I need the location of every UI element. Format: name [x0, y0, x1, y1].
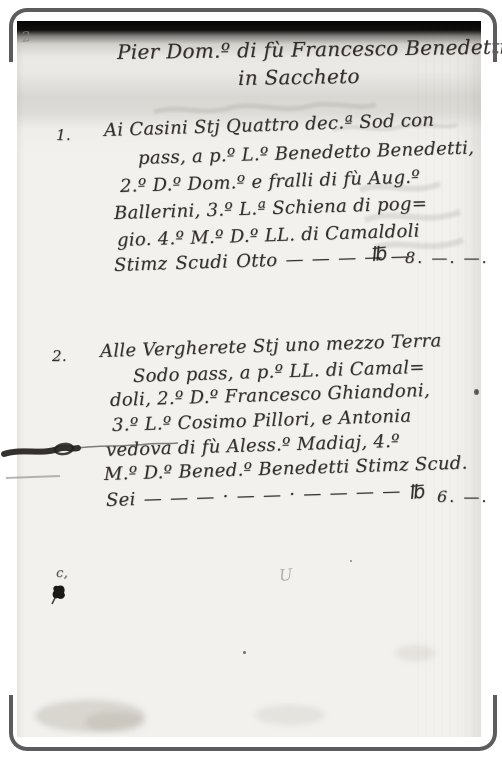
- amount-value: 6. —.: [437, 487, 488, 506]
- page-title-line2: in Saccheto: [238, 64, 360, 90]
- ink-speck: [474, 389, 479, 395]
- ink-blot: [50, 582, 70, 606]
- ink-speck: [243, 651, 246, 654]
- ink-speck: [350, 560, 352, 562]
- scan-frame-top: [9, 8, 497, 62]
- amount-symbol: ℔: [371, 242, 389, 266]
- entry-number: 1.: [56, 126, 71, 144]
- pencil-letter-mark: U: [278, 565, 293, 585]
- document-scan: 2 Pier Dom.º di fù Francesco Benedetti i…: [0, 0, 502, 760]
- paper-stain: [395, 645, 435, 661]
- entry-number: 2.: [52, 347, 67, 365]
- amount-value: 8. —. —.: [405, 248, 489, 267]
- ink-smear: [0, 437, 200, 463]
- squiggle-mark: c,: [56, 566, 68, 581]
- scan-frame-bottom: [9, 695, 497, 751]
- amount-symbol: ℔: [409, 480, 427, 504]
